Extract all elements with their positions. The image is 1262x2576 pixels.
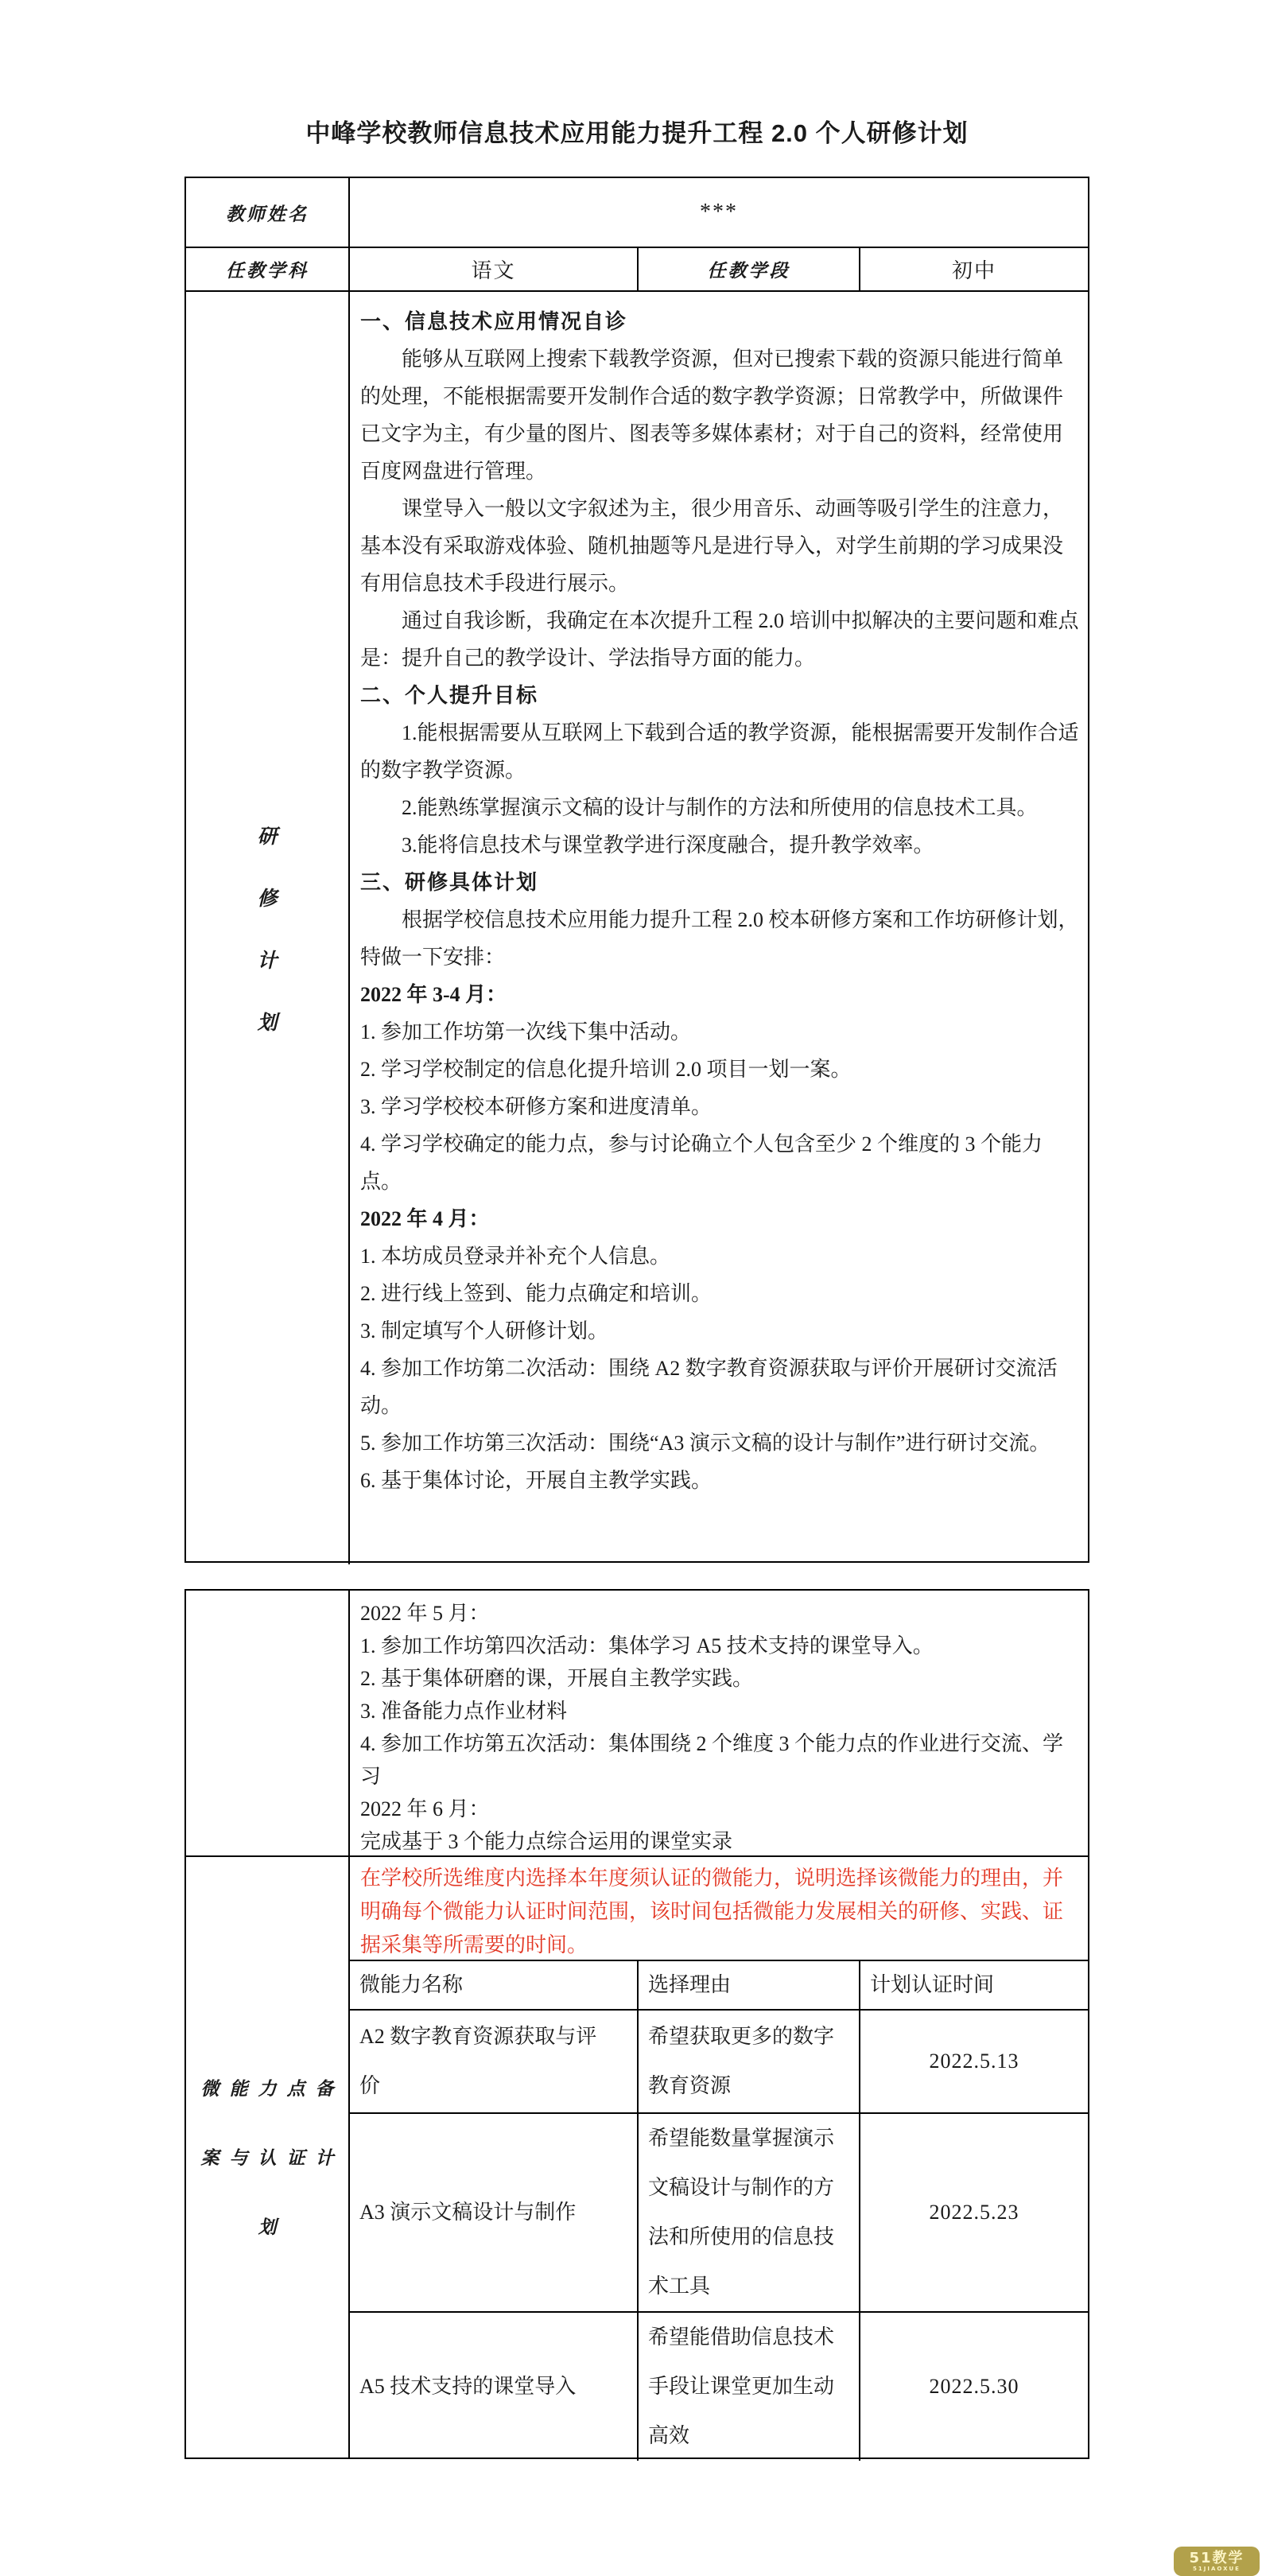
empty-side-cell <box>186 1591 350 1855</box>
plan-item: 4. 参加工作坊第二次活动：围绕 A2 数字教育资源获取与评价开展研讨交流活动。 <box>360 1350 1080 1424</box>
watermark-subtext: 51JIAOXUE <box>1193 2566 1241 2572</box>
ability-time: 2022.5.13 <box>860 2011 1088 2112</box>
watermark-text: 51教学 <box>1189 2551 1244 2566</box>
page-title: 中峰学校教师信息技术应用能力提升工程 2.0 个人研修计划 <box>184 113 1089 149</box>
paragraph: 课堂导入一般以文字叙述为主，很少用音乐、动画等吸引学生的注意力，基本没有采取游戏… <box>360 490 1080 602</box>
plan-content: 一、信息技术应用情况自诊 能够从互联网上搜索下载教学资源，但对已搜索下载的资源只… <box>350 292 1088 1564</box>
side-label-line: 案与认证计 <box>191 2123 344 2193</box>
plan-item: 3. 学习学校校本研修方案和进度清单。 <box>360 1088 1080 1125</box>
ability-time: 2022.5.23 <box>860 2114 1088 2311</box>
month-title: 2022 年 3-4 月： <box>360 976 1080 1013</box>
side-label-char: 划 <box>257 1007 277 1035</box>
month-title: 2022 年 4 月： <box>360 1200 1080 1237</box>
column-header-name: 微能力名称 <box>350 1961 639 2009</box>
plan-item: 1. 本坊成员登录并补充个人信息。 <box>360 1237 1080 1275</box>
micro-ability-table: 微能力名称 选择理由 计划认证时间 A2 数字教育资源获取与评价 希望获取更多的… <box>350 1961 1088 2461</box>
plan-item: 4. 学习学校确定的能力点，参与讨论确立个人包含至少 2 个维度的 3 个能力点… <box>360 1125 1080 1200</box>
ability-name: A5 技术支持的课堂导入 <box>350 2313 639 2461</box>
plan-item: 5. 参加工作坊第三次活动：围绕“A3 演示文稿的设计与制作”进行研讨交流。 <box>360 1424 1080 1462</box>
side-label-char: 修 <box>257 883 277 911</box>
watermark-logo: 51教学 51JIAOXUE <box>1174 2547 1260 2576</box>
table-row: A3 演示文稿设计与制作 希望能数量掌握演示文稿设计与制作的方法和所使用的信息技… <box>350 2112 1088 2311</box>
plan-content-continued: 2022 年 5 月： 1. 参加工作坊第四次活动：集体学习 A5 技术支持的课… <box>350 1591 1088 1855</box>
plan-item: 1. 参加工作坊第四次活动：集体学习 A5 技术支持的课堂导入。 <box>360 1630 1080 1662</box>
red-instruction-note: 在学校所选维度内选择本年度须认证的微能力，说明选择该微能力的理由，并明确每个微能… <box>350 1857 1088 1961</box>
table-row: 教师姓名 *** <box>186 178 1088 247</box>
ability-time: 2022.5.30 <box>860 2313 1088 2461</box>
paragraph: 通过自我诊断，我确定在本次提升工程 2.0 培训中拟解决的主要问题和难点是：提升… <box>360 602 1080 677</box>
certification-table: 2022 年 5 月： 1. 参加工作坊第四次活动：集体学习 A5 技术支持的课… <box>184 1589 1089 2459</box>
month-title: 2022 年 5 月： <box>360 1597 1080 1630</box>
table-row: A5 技术支持的课堂导入 希望能借助信息技术手段让课堂更加生动高效 2022.5… <box>350 2311 1088 2461</box>
goal-item: 1.能根据需要从互联网上下载到合适的教学资源，能根据需要开发制作合适的数字教学资… <box>360 714 1080 789</box>
plan-item: 3. 准备能力点作业材料 <box>360 1695 1080 1727</box>
plan-item: 4. 参加工作坊第五次活动：集体围绕 2 个维度 3 个能力点的作业进行交流、学… <box>360 1727 1080 1793</box>
column-header-reason: 选择理由 <box>639 1961 860 2009</box>
ability-reason: 希望能借助信息技术手段让课堂更加生动高效 <box>639 2313 860 2461</box>
plan-item: 完成基于 3 个能力点综合运用的课堂实录 <box>360 1825 1080 1858</box>
plan-item: 2. 基于集体研磨的课，开展自主教学实践。 <box>360 1662 1080 1695</box>
micro-table-header: 微能力名称 选择理由 计划认证时间 <box>350 1961 1088 2009</box>
table-row: 研 修 计 划 一、信息技术应用情况自诊 能够从互联网上搜索下载教学资源，但对已… <box>186 290 1088 1564</box>
paragraph: 根据学校信息技术应用能力提升工程 2.0 校本研修方案和工作坊研修计划，特做一下… <box>360 901 1080 976</box>
month-title: 2022 年 6 月： <box>360 1793 1080 1825</box>
stage-label: 任教学段 <box>639 248 860 290</box>
ability-name: A2 数字教育资源获取与评价 <box>350 2011 639 2112</box>
teacher-name-label: 教师姓名 <box>186 178 350 247</box>
table-row: 任教学科 语文 任教学段 初中 <box>186 247 1088 290</box>
main-plan-table: 教师姓名 *** 任教学科 语文 任教学段 初中 研 修 计 划 一、信息技术应… <box>184 177 1089 1563</box>
section-heading: 三、研修具体计划 <box>360 864 1080 901</box>
plan-item: 2. 进行线上签到、能力点确定和培训。 <box>360 1275 1080 1312</box>
ability-reason: 希望获取更多的数字教育资源 <box>639 2011 860 2112</box>
plan-item: 1. 参加工作坊第一次线下集中活动。 <box>360 1013 1080 1051</box>
ability-name: A3 演示文稿设计与制作 <box>350 2114 639 2311</box>
cert-content: 在学校所选维度内选择本年度须认证的微能力，说明选择该微能力的理由，并明确每个微能… <box>350 1857 1088 2459</box>
subject-label: 任教学科 <box>186 248 350 290</box>
side-label-line: 划 <box>248 2193 287 2262</box>
side-label-char: 计 <box>257 945 277 973</box>
table-row: A2 数字教育资源获取与评价 希望获取更多的数字教育资源 2022.5.13 <box>350 2009 1088 2112</box>
goal-item: 2.能熟练掌握演示文稿的设计与制作的方法和所使用的信息技术工具。 <box>360 789 1080 826</box>
plan-item: 2. 学习学校制定的信息化提升培训 2.0 项目一划一案。 <box>360 1051 1080 1088</box>
side-label-char: 研 <box>257 821 277 849</box>
document-page: 中峰学校教师信息技术应用能力提升工程 2.0 个人研修计划 教师姓名 *** 任… <box>0 0 1262 2576</box>
paragraph: 能够从互联网上搜索下载教学资源，但对已搜索下载的资源只能进行简单的处理，不能根据… <box>360 340 1080 490</box>
stage-value: 初中 <box>860 248 1088 290</box>
side-label-line: 微能力点备 <box>191 2054 344 2123</box>
section-heading: 二、个人提升目标 <box>360 677 1080 714</box>
cert-side-label: 微能力点备 案与认证计 划 <box>186 1857 350 2459</box>
table-row: 微能力点备 案与认证计 划 在学校所选维度内选择本年度须认证的微能力，说明选择该… <box>186 1855 1088 2459</box>
plan-side-label: 研 修 计 划 <box>186 292 350 1564</box>
teacher-name-value: *** <box>350 178 1088 247</box>
plan-item: 3. 制定填写个人研修计划。 <box>360 1312 1080 1350</box>
goal-item: 3.能将信息技术与课堂教学进行深度融合，提升教学效率。 <box>360 826 1080 864</box>
subject-value: 语文 <box>350 248 639 290</box>
ability-reason: 希望能数量掌握演示文稿设计与制作的方法和所使用的信息技术工具 <box>639 2114 860 2311</box>
plan-item: 6. 基于集体讨论，开展自主教学实践。 <box>360 1462 1080 1499</box>
table-row: 2022 年 5 月： 1. 参加工作坊第四次活动：集体学习 A5 技术支持的课… <box>186 1591 1088 1855</box>
column-header-time: 计划认证时间 <box>860 1961 1088 2009</box>
section-heading: 一、信息技术应用情况自诊 <box>360 303 1080 340</box>
